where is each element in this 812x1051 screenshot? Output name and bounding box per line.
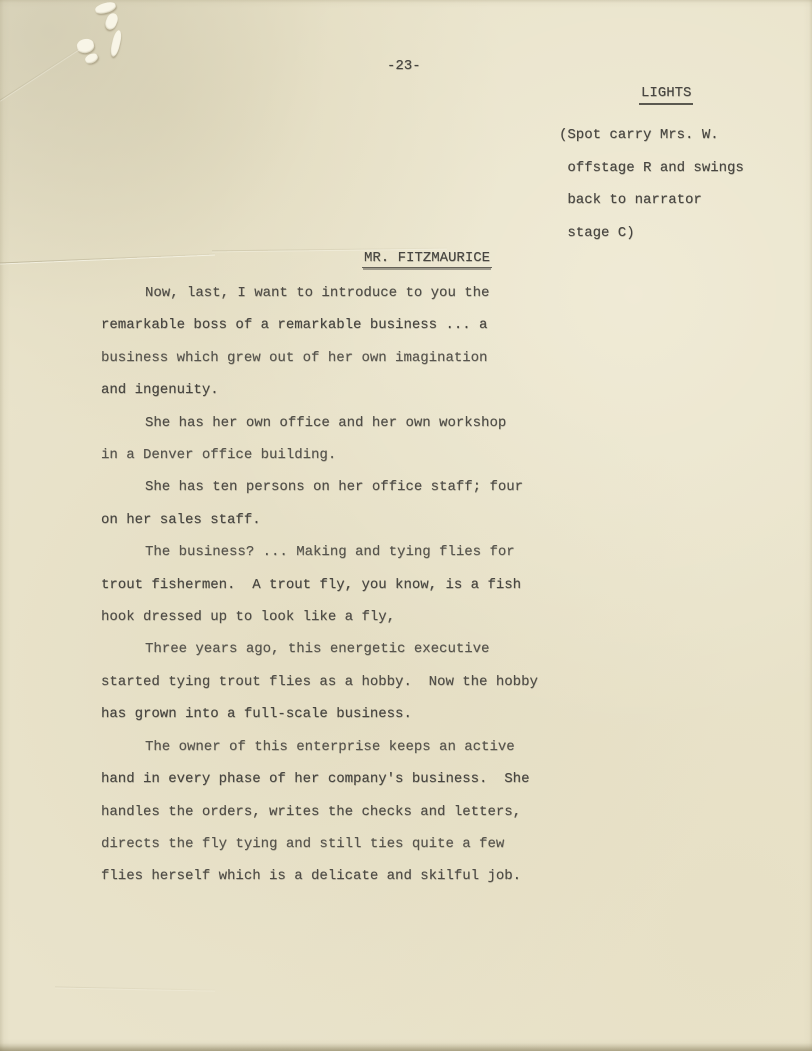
body-line: trout fishermen. A trout fly, you know, … xyxy=(101,569,538,601)
body-line: in a Denver office building. xyxy=(101,439,538,471)
body-line: started tying trout flies as a hobby. No… xyxy=(101,666,538,698)
body-line: and ingenuity. xyxy=(101,374,538,406)
page-number: -23- xyxy=(387,58,421,74)
body-line: handles the orders, writes the checks an… xyxy=(101,796,538,828)
body-line: business which grew out of her own imagi… xyxy=(101,342,538,374)
body-line: flies herself which is a delicate and sk… xyxy=(101,860,538,892)
lights-cue-line: (Spot carry Mrs. W. xyxy=(559,119,744,152)
body-line: remarkable boss of a remarkable business… xyxy=(101,309,538,341)
lights-cue-line: offstage R and swings xyxy=(559,152,744,185)
body-line: hand in every phase of her company's bus… xyxy=(101,763,538,795)
lights-cue-heading: LIGHTS xyxy=(639,85,693,105)
lights-cue-line: stage C) xyxy=(559,217,744,250)
paper-damage-mark xyxy=(84,52,100,66)
paper-crease xyxy=(0,48,80,101)
body-line: She has her own office and her own works… xyxy=(101,407,538,439)
body-line: The owner of this enterprise keeps an ac… xyxy=(101,731,538,763)
lights-cue-line: back to narrator xyxy=(559,184,744,217)
body-line: Now, last, I want to introduce to you th… xyxy=(101,277,538,309)
body-line: hook dressed up to look like a fly, xyxy=(101,601,538,633)
section-heading: MR. FITZMAURICE xyxy=(362,250,492,268)
paper-crease xyxy=(0,253,215,263)
paper-damage-mark xyxy=(103,12,120,32)
body-line: on her sales staff. xyxy=(101,504,538,536)
script-page-sheet: -23- LIGHTS (Spot carry Mrs. W. offstage… xyxy=(0,0,812,1051)
body-line: The business? ... Making and tying flies… xyxy=(101,536,538,568)
lights-cue-block: (Spot carry Mrs. W. offstage R and swing… xyxy=(559,119,744,249)
body-line: directs the fly tying and still ties qui… xyxy=(101,828,538,860)
paper-damage-mark xyxy=(76,37,96,54)
body-text-block: Now, last, I want to introduce to you th… xyxy=(101,277,538,893)
paper-crease xyxy=(55,986,215,990)
body-line: Three years ago, this energetic executiv… xyxy=(101,633,538,665)
body-line: She has ten persons on her office staff;… xyxy=(101,471,538,503)
paper-damage-mark xyxy=(109,29,123,57)
page-bottom-shadow xyxy=(0,1043,812,1051)
body-line: has grown into a full-scale business. xyxy=(101,698,538,730)
